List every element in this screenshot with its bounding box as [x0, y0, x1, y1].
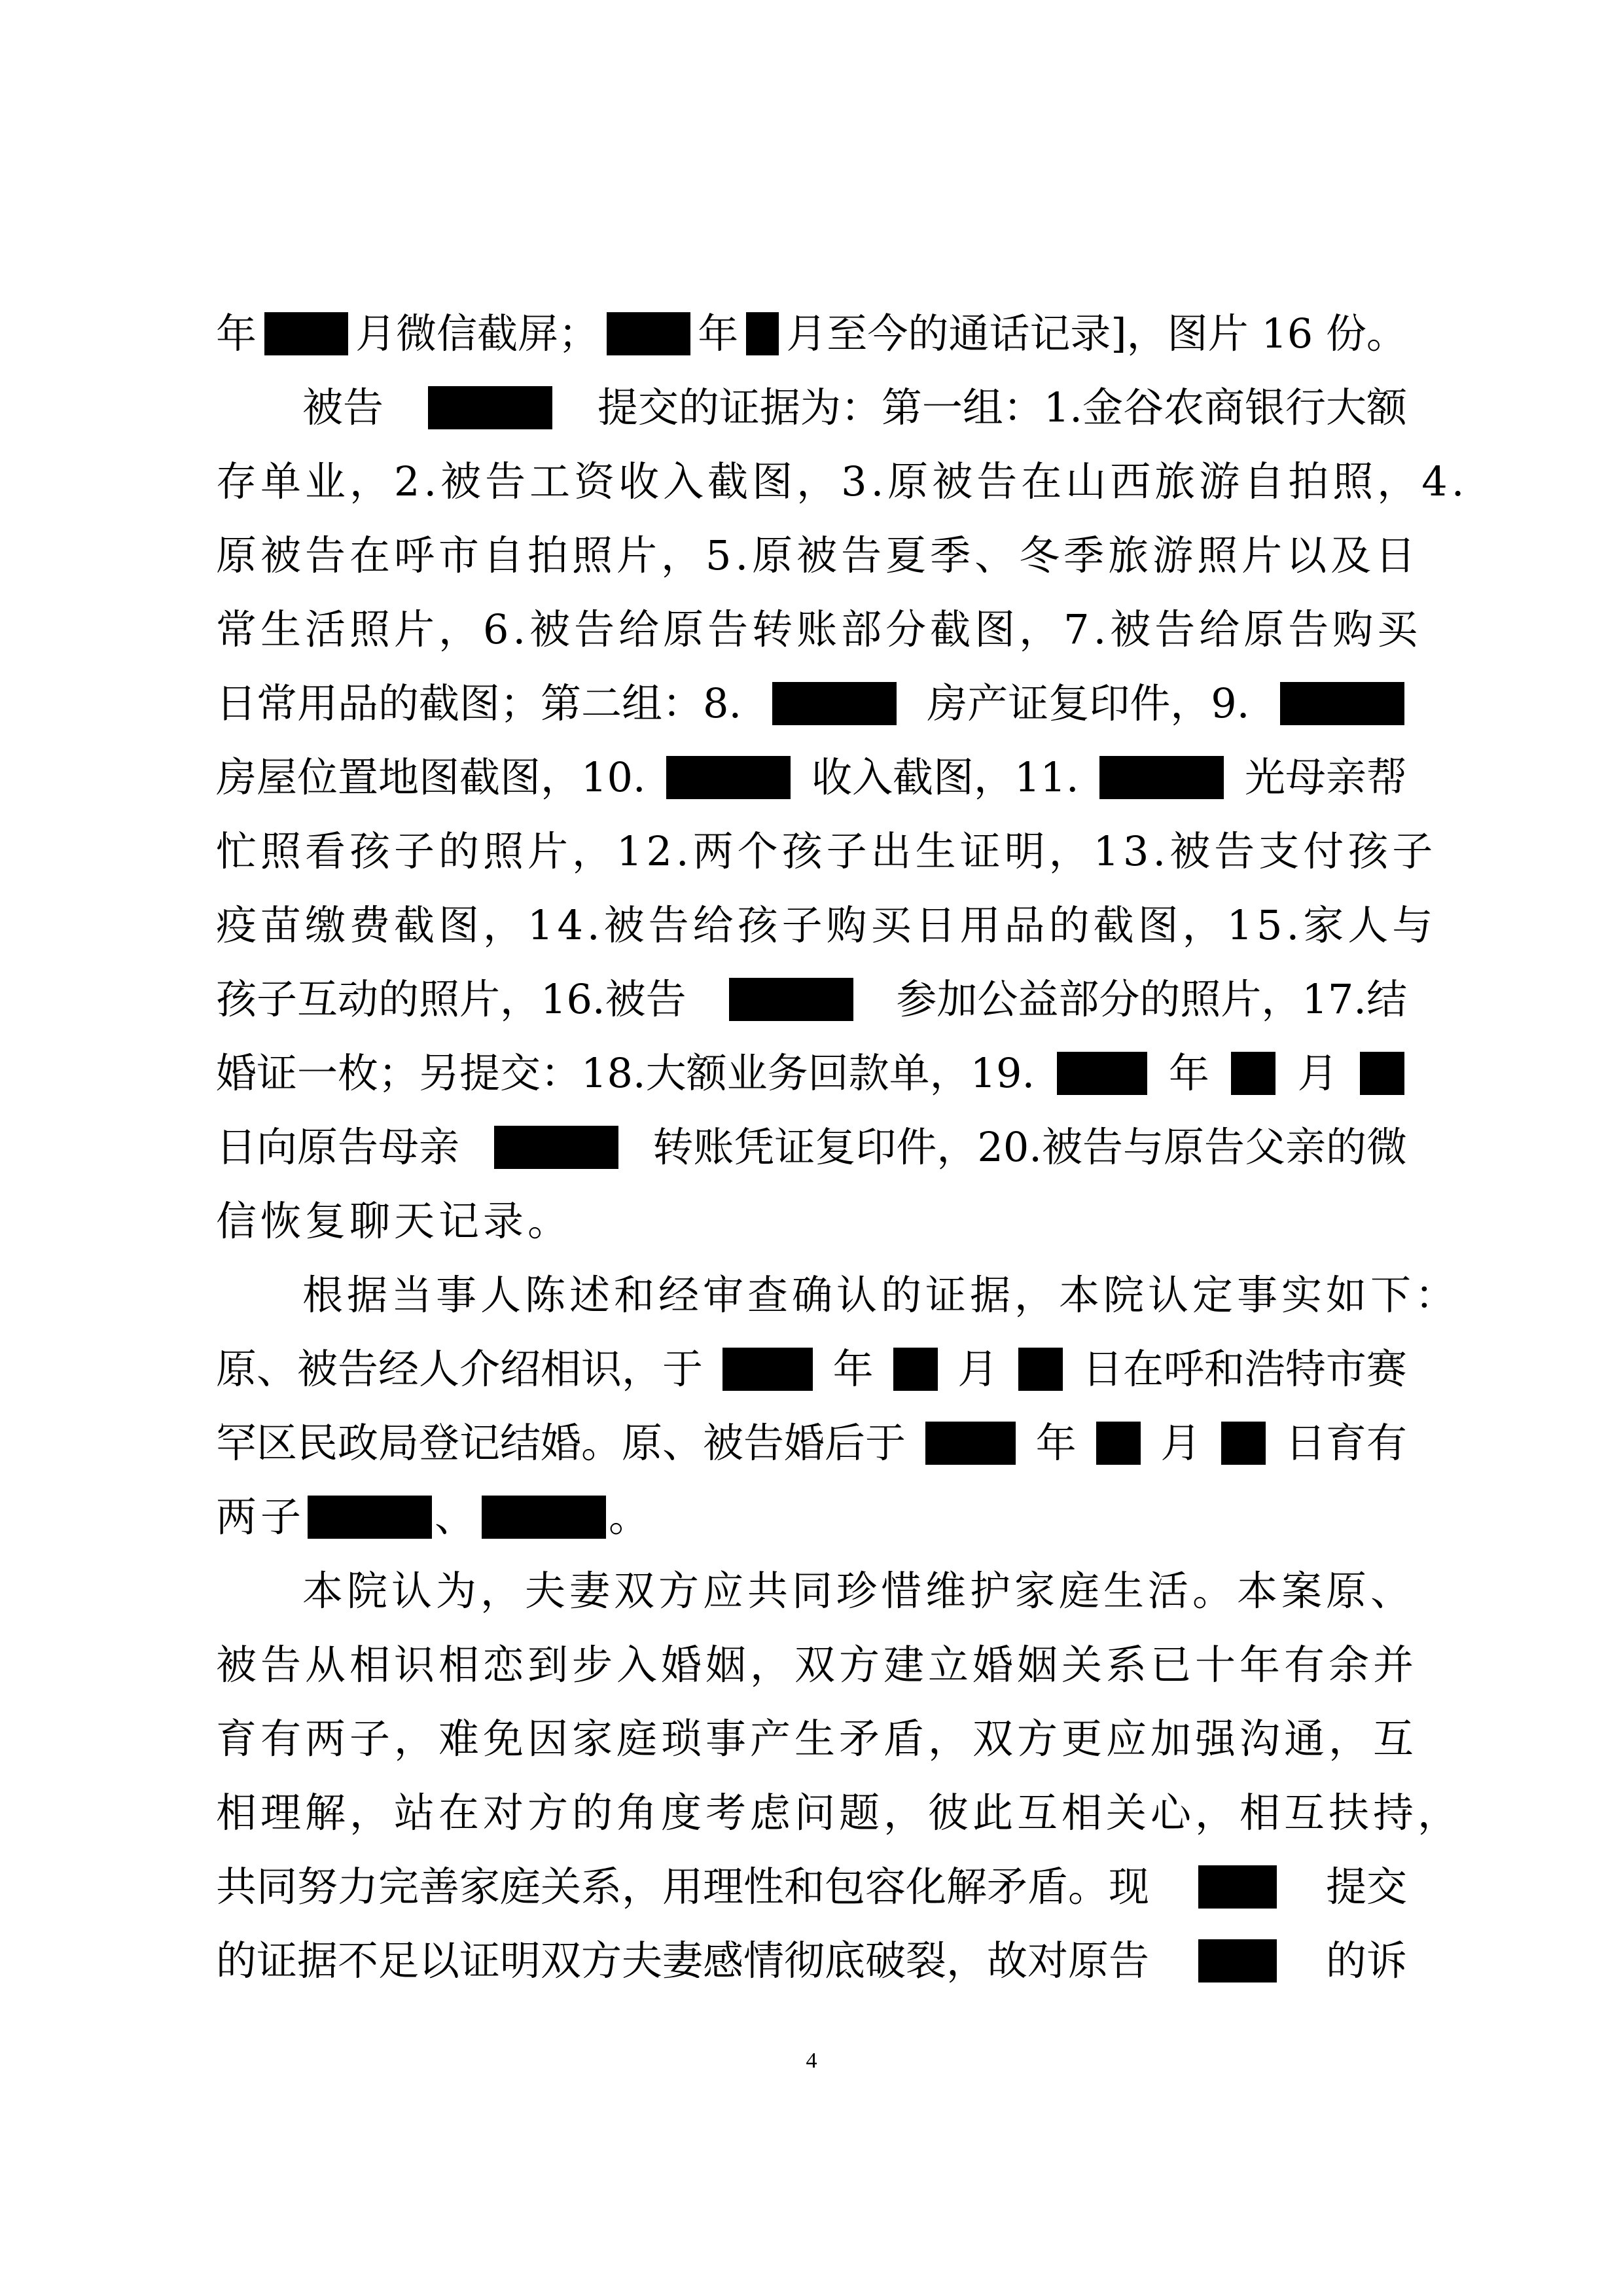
redaction-box	[607, 312, 690, 355]
redaction-box	[893, 1348, 938, 1391]
text-line: 常生活照片，6.被告给原告转账部分截图，7.被告给原告购买	[216, 594, 1407, 666]
text-line: 罕区民政局登记结婚。原、被告婚后于 年 月 日育有	[216, 1407, 1407, 1479]
text-line: 日常用品的截图；第二组：8. 房产证复印件，9.	[216, 668, 1407, 740]
text-segment: 参加公益部分的照片，17.结	[896, 963, 1407, 1035]
redaction-box	[729, 978, 853, 1021]
text-segment: 提交的证据为：第一组：1.金谷农商银行大额	[597, 372, 1407, 444]
text-line: 共同努力完善家庭关系，用理性和包容化解矛盾。现 提交	[216, 1851, 1407, 1923]
text-segment: 婚证一枚；另提交：18.大额业务回款单，19.	[216, 1037, 1035, 1109]
text-segment: 光母亲帮	[1245, 742, 1407, 814]
redaction-box	[772, 682, 897, 725]
redaction-box	[1096, 1422, 1141, 1465]
redaction-box	[494, 1126, 618, 1169]
text-line: 根据当事人陈述和经审查确认的证据，本院认定事实如下：	[302, 1259, 1407, 1331]
text-segment: 被告	[302, 372, 383, 444]
text-segment: 、	[435, 1481, 479, 1553]
text-segment: 。	[609, 1481, 653, 1553]
text-segment: 孩子互动的照片，16.被告	[216, 963, 687, 1035]
text-line: 被告 提交的证据为：第一组：1.金谷农商银行大额	[302, 372, 1407, 444]
redaction-box	[308, 1496, 432, 1539]
redaction-box	[1231, 1052, 1275, 1095]
text-segment: 日育有	[1285, 1407, 1407, 1479]
redaction-box	[1057, 1052, 1147, 1095]
text-line: 育有两子，难免因家庭琐事产生矛盾，双方更应加强沟通，互	[216, 1703, 1407, 1775]
text-segment: 罕区民政局登记结婚。原、被告婚后于	[216, 1407, 906, 1479]
text-segment: 的诉	[1326, 1925, 1407, 1997]
text-line: 被告从相识相恋到步入婚姻，双方建立婚姻关系已十年有余并	[216, 1629, 1407, 1701]
redaction-box	[666, 756, 791, 799]
text-segment: 日在呼和浩特市赛	[1082, 1333, 1407, 1405]
text-line: 疫苗缴费截图，14.被告给孩子购买日用品的截图，15.家人与	[216, 889, 1407, 961]
text-segment: 月	[1298, 1037, 1338, 1109]
text-segment: 两子	[216, 1481, 305, 1553]
text-line: 原被告在呼市自拍照片，5.原被告夏季、冬季旅游照片以及日	[216, 520, 1407, 592]
text-segment: 原、被告经人介绍相识，于	[216, 1333, 703, 1405]
redaction-box	[1018, 1348, 1063, 1391]
text-line: 忙照看孩子的照片，12.两个孩子出生证明，13.被告支付孩子	[216, 816, 1407, 888]
text-segment: 转账凭证复印件，20.被告与原告父亲的微	[652, 1111, 1407, 1183]
text-segment: 月至今的通话记录]，图片 16 份。	[786, 298, 1407, 370]
redaction-box	[722, 1348, 813, 1391]
text-line: 孩子互动的照片，16.被告 参加公益部分的照片，17.结	[216, 963, 1407, 1035]
text-segment: 收入截图，11.	[811, 742, 1079, 814]
redaction-box	[1099, 756, 1224, 799]
text-segment: 月	[957, 1333, 998, 1405]
redaction-box	[1221, 1422, 1266, 1465]
text-segment: 年	[833, 1333, 874, 1405]
redaction-box	[264, 312, 348, 355]
text-segment: 日常用品的截图；第二组：8.	[216, 668, 741, 740]
text-line: 房屋位置地图截图，10. 收入截图，11. 光母亲帮	[216, 742, 1407, 814]
redaction-box	[1360, 1052, 1404, 1095]
redaction-box	[1280, 682, 1404, 725]
text-line: 日向原告母亲 转账凭证复印件，20.被告与原告父亲的微	[216, 1111, 1407, 1183]
text-line: 信恢复聊天记录。	[216, 1185, 1407, 1257]
text-line: 原、被告经人介绍相识，于 年 月 日在呼和浩特市赛	[216, 1333, 1407, 1405]
text-segment: 提交	[1326, 1851, 1407, 1923]
page-number: 4	[0, 2049, 1623, 2073]
text-line: 本院认为，夫妻双方应共同珍惜维护家庭生活。本案原、	[302, 1555, 1407, 1627]
text-segment: 年	[1036, 1407, 1077, 1479]
text-line: 年 月微信截屏； 年 月至今的通话记录]，图片 16 份。	[216, 298, 1407, 370]
text-segment: 年	[1169, 1037, 1209, 1109]
text-segment: 房产证复印件，9.	[927, 668, 1249, 740]
text-segment: 年	[216, 298, 257, 370]
text-segment: 日向原告母亲	[216, 1111, 459, 1183]
redaction-box	[925, 1422, 1016, 1465]
text-line: 相理解，站在对方的角度考虑问题，彼此互相关心，相互扶持，	[216, 1777, 1407, 1849]
text-segment: 的证据不足以证明双方夫妻感情彻底破裂，故对原告	[216, 1925, 1149, 1997]
text-segment: 月	[1160, 1407, 1201, 1479]
text-line: 的证据不足以证明双方夫妻感情彻底破裂，故对原告 的诉	[216, 1925, 1407, 1997]
document-page: 年 月微信截屏； 年 月至今的通话记录]，图片 16 份。 被告 提交的证据为：…	[0, 0, 1623, 2296]
text-segment: 共同努力完善家庭关系，用理性和包容化解矛盾。现	[216, 1851, 1149, 1923]
text-segment: 月微信截屏；	[355, 298, 599, 370]
text-segment: 房屋位置地图截图，10.	[216, 742, 646, 814]
redaction-box	[482, 1496, 606, 1539]
redaction-box	[1198, 1939, 1277, 1982]
redaction-box	[428, 386, 552, 429]
text-line: 两子 、 。	[216, 1481, 1407, 1553]
text-line: 存单业，2.被告工资收入截图，3.原被告在山西旅游自拍照，4.	[216, 446, 1407, 518]
redaction-box	[1198, 1865, 1277, 1909]
text-segment: 年	[698, 298, 738, 370]
redaction-box	[746, 312, 779, 355]
text-line: 婚证一枚；另提交：18.大额业务回款单，19. 年 月	[216, 1037, 1407, 1109]
